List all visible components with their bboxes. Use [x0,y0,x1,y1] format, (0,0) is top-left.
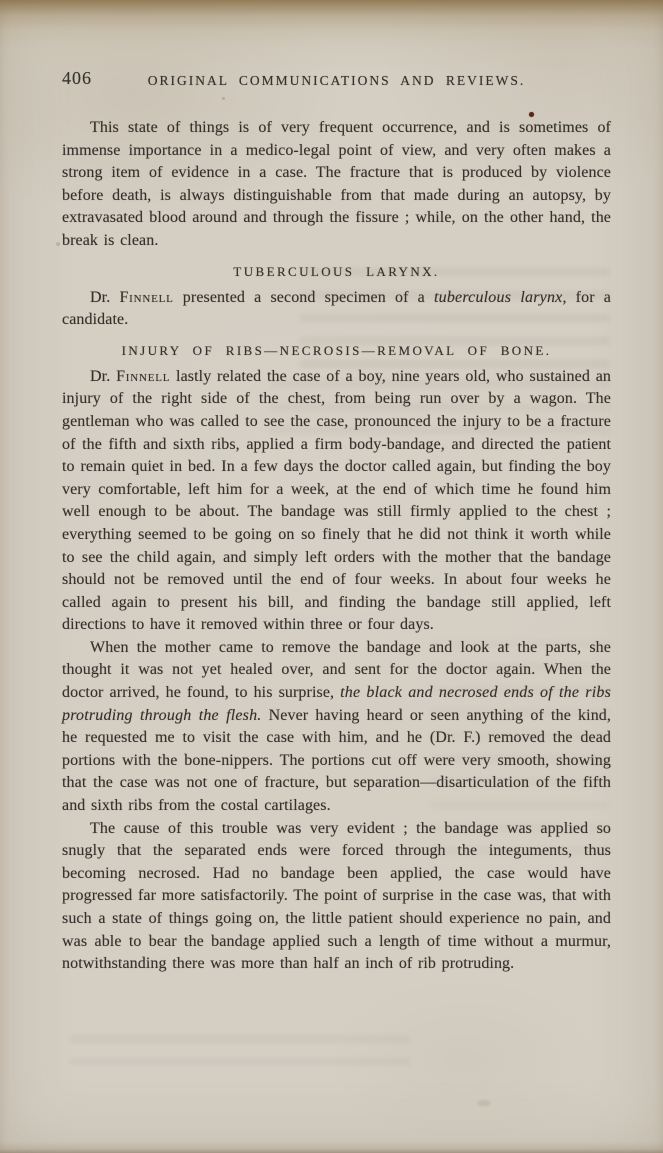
text-run: Finnell [116,368,170,385]
text-run: tuberculous larynx [434,289,562,306]
running-title: ORIGINAL COMMUNICATIONS AND REVIEWS. [62,70,611,89]
text-run: lastly related the case of a boy, nine y… [62,368,611,634]
paragraph: The cause of this trouble was very evide… [62,818,611,976]
text-run: This state of things is of very frequent… [62,119,611,249]
text-run: Finnell [119,289,173,306]
page-header: 406 ORIGINAL COMMUNICATIONS AND REVIEWS. [62,70,611,96]
foxing-spot [477,1100,491,1106]
section-heading: INJURY OF RIBS—NECROSIS—REMOVAL OF BONE. [62,343,611,359]
text-run: The cause of this trouble was very evide… [62,820,611,973]
ink-speck [529,112,534,117]
foxing-spot [56,242,60,246]
paragraph: When the mother came to remove the banda… [62,637,611,818]
paragraph: Dr. Finnell presented a second specimen … [62,287,611,332]
paragraph: This state of things is of very frequent… [62,117,611,253]
page-body: This state of things is of very frequent… [62,117,611,976]
foxing-spot [222,97,225,100]
paragraph: Dr. Finnell lastly related the case of a… [62,366,611,637]
page-number: 406 [62,68,92,89]
section-heading: TUBERCULOUS LARYNX. [62,264,611,280]
show-through-smudge [70,1035,410,1065]
book-page: 406 ORIGINAL COMMUNICATIONS AND REVIEWS.… [0,0,663,1153]
text-run: Dr. [90,368,116,385]
text-run: Dr. [90,289,119,306]
text-run: presented a second specimen of a [174,289,434,306]
